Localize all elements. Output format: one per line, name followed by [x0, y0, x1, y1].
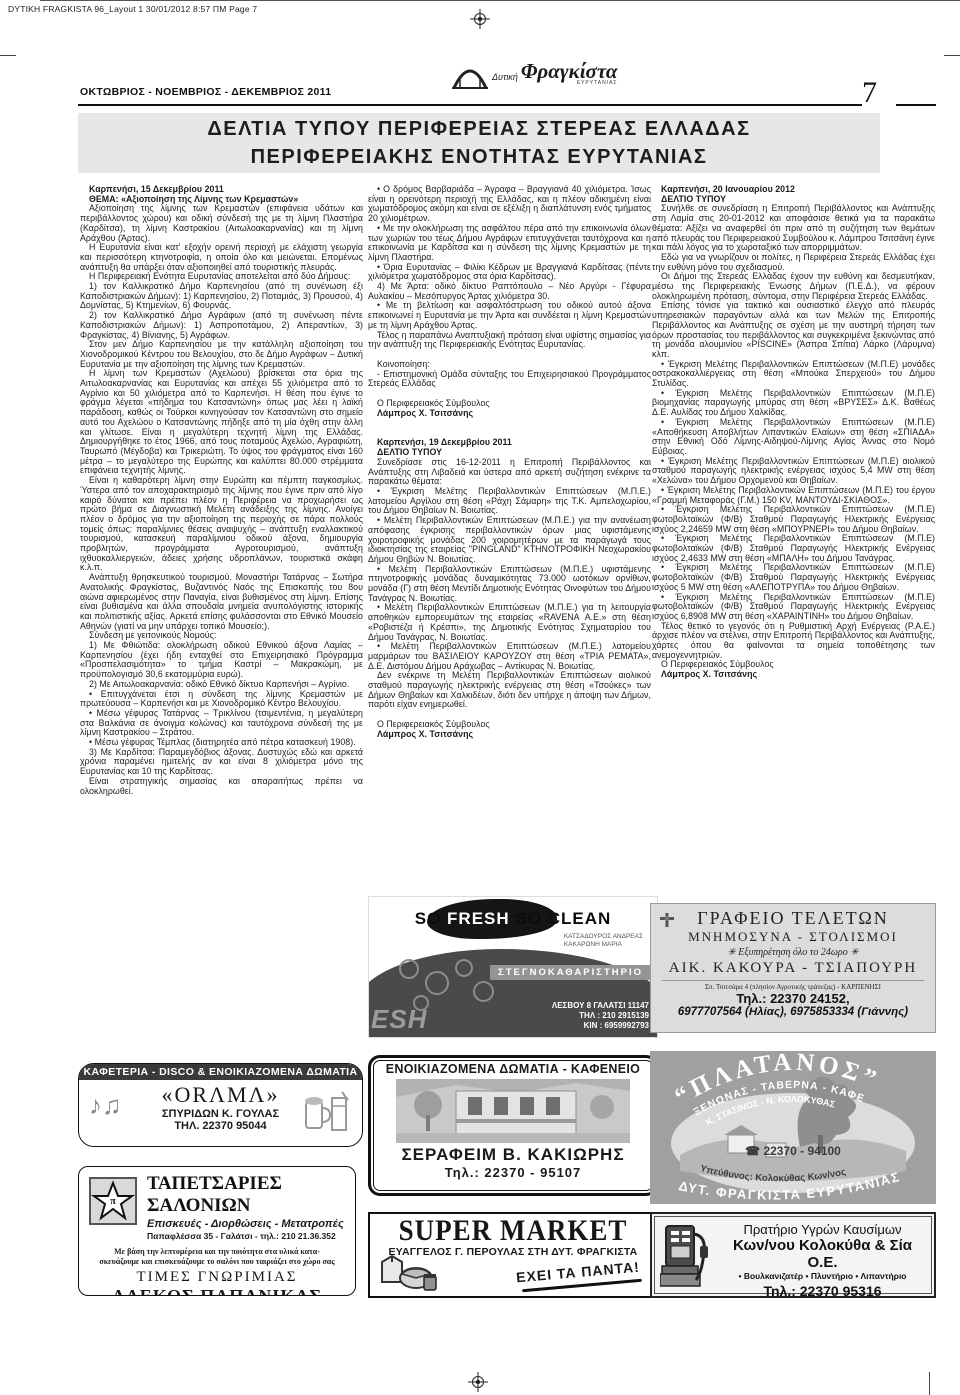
background-word: ESH	[371, 1004, 427, 1035]
paragraph: • Έγκριση Μελέτης Περιβαλλοντικών Επιπτώ…	[652, 457, 935, 486]
banner-line-2: ΠΕΡΙΦΕΡΕΙΑΚΗΣ ΕΝΟΤΗΤΑΣ ΕΥΡΥΤΑΝΙΑΣ	[78, 143, 880, 171]
groceries-icon	[378, 1252, 442, 1294]
paragraph: • Έγκριση Μελέτης Περιβαλλοντικών Επιπτώ…	[368, 487, 651, 516]
paragraph: • Έγκριση Μελέτης Περιβαλλοντικών Επιπτώ…	[652, 418, 935, 457]
upholstery-address: Παπαφλέσσα 35 - Γαλάτσι - τηλ.: 210 21.3…	[147, 1231, 355, 1241]
fuel-phone: Τηλ.: 22370 95316	[720, 1283, 925, 1298]
rooms-phone: Τηλ.: 22370 - 95107	[371, 1165, 655, 1180]
platanos-ad-art: “ΠΛΑΤΑΝΟΣ” ΞΕΝΩΝΑΣ - ΤΑΒΕΡΝΑ - ΚΑΦΕ Κ. Σ…	[650, 1051, 936, 1204]
supermarket-title: SUPER MARKET	[370, 1213, 656, 1247]
owner-name-1: ΚΑΤΣΑΔΟΥΡΟΣ ΑΝΔΡΕΑΣ	[564, 933, 643, 941]
dry-cleaning-label: ΣΤΕΓΝΟΚΑΘΑΡΙΣΤΗΡΙΟ	[490, 965, 651, 980]
signature-name: Λάμπρος Χ. Τσιτσάνης	[652, 670, 935, 680]
article-column-2: • Ο δρόμος Βαρβαριάδα – Άγραφα – Βραγγια…	[368, 185, 651, 945]
paragraph: 4) Με Άρτα: οδικό δίκτυο Ραπτόπουλο – Νέ…	[368, 282, 651, 301]
cafeteria-disco-ad: ΚΑΦΕΤΕΡΙΑ - DISCO & ΕΝΟΙΚΙΑΖΟΜΕΝΑ ΔΩΜΑΤΙ…	[78, 1063, 363, 1147]
paragraph: • Έγκριση Μελέτης Περιβαλλοντικών Επιπτώ…	[652, 593, 935, 622]
paragraph: Αξιοποίηση της λίμνης των Κρεμαστών (επι…	[80, 204, 363, 243]
paragraph: • Έγκριση Μελέτης Περιβαλλοντικών Επιπτώ…	[652, 360, 935, 389]
funeral-services: ΜΝΗΜΟΣΥΝΑ - ΣΤΟΛΙΣΜΟΙ	[651, 929, 935, 945]
fuel-services: • Βουλκανιζατέρ • Πλυντήριο • Λιπαντήριο	[720, 1271, 925, 1281]
paragraph: • Με τη βελτίωση και ασφαλτόστρωση του ο…	[368, 301, 651, 330]
music-notes-icon: ♪♫	[89, 1090, 122, 1121]
bubble-icon	[455, 959, 473, 977]
owner-names: ΚΑΤΣΑΔΟΥΡΟΣ ΑΝΔΡΕΑΣ ΚΑΚΑΡΩΝΗ ΜΑΡΙΑ	[564, 933, 643, 949]
paragraph: Συνεδρίασε στις 16-12-2011 η Επιτροπή Πε…	[368, 458, 651, 487]
paragraph: • Έγκριση Μελέτης Περιβαλλοντικών Επιπτώ…	[652, 389, 935, 418]
article-column-3: Καρπενήσι, 20 Ιανουαρίου 2012 ΔΕΛΤΙΟ ΤΥΠ…	[652, 185, 935, 937]
paragraph: Συνήλθε σε συνεδρίαση η Επιτροπή Περιβάλ…	[652, 204, 935, 253]
paragraph: • Μελέτη Περιβαλλοντικών Επιπτώσεων (Μ.Π…	[368, 603, 651, 642]
paragraph: • Μελέτη Περιβαλλοντικών Επιπτώσεων (Μ.Π…	[368, 642, 651, 671]
paragraph: Ανάπτυξη θρησκευτικού τουρισμού. Μοναστή…	[80, 573, 363, 631]
paragraph: • Έγκριση Μελέτης Περιβαλλοντικών Επιπτώ…	[652, 563, 935, 592]
paragraph: • Μελέτη Περιβαλλοντικών Επιπτώσεων (Μ.Π…	[368, 565, 651, 604]
dry-cleaner-contact: ΛΕΣΒΟΥ 8 ΓΑΛΑΤΣΙ 11147 ΤΗΛ : 210 2915139…	[552, 1001, 649, 1031]
paragraph: Τέλος η παραπάνω Αναπτυξιακή πρόταση είν…	[368, 331, 651, 350]
article-column-1: Καρπενήσι, 15 Δεκεμβρίου 2011 ΘΕΜΑ: «Αξι…	[80, 185, 363, 1027]
paragraph: 2) τον Καλλικρατικό Δήμο Αγράφων (από τη…	[80, 311, 363, 340]
signature-name: Λάμπρος Χ. Τσιτσάνης	[368, 409, 651, 419]
paragraph: • Μελέτη Περιβαλλοντικών Επιπτώσεων (Μ.Π…	[368, 516, 651, 565]
funeral-ornament-icon	[659, 912, 675, 928]
svg-text:π: π	[110, 1196, 116, 1207]
fuel-title: Πρατήριο Υγρών Καυσίμων	[720, 1222, 925, 1237]
upholstery-title: ΤΑΠΕΤΣΑΡΙΕΣ ΣΑΛΟΝΙΩΝ	[147, 1173, 355, 1217]
bridge-logo-icon	[452, 52, 488, 92]
platanos-phone: ☎ 22370 - 94100	[745, 1144, 841, 1158]
crop-mark-left	[0, 55, 16, 56]
tagline-line-2: σκευάζουμε και επισκευάζουμε το σαλόνι π…	[79, 1257, 355, 1267]
funeral-home-ad: ΓΡΑΦΕΙΟ ΤΕΛΕΤΩΝ ΜΝΗΜΟΣΥΝΑ - ΣΤΟΛΙΣΜΟΙ ✳ …	[650, 903, 936, 1033]
paragraph: • Έγκριση Μελέτης Περιβαλλοντικών Επιπτώ…	[652, 534, 935, 563]
header-rule-right	[896, 104, 936, 106]
funeral-phone: Τηλ.: 22370 24152,	[651, 991, 935, 1006]
paragraph: • Έγκριση Μελέτης Περιβαλλοντικών Επιπτώ…	[652, 505, 935, 534]
paragraph: Τέλος θετικό το γεγονός ότι η Ρυθμιστική…	[652, 622, 935, 661]
fuel-company: Κων/νου Κολοκύθα & Σία Ο.Ε.	[720, 1237, 925, 1271]
page-top-edge	[40, 0, 960, 1]
logo-prefix: Δυτική	[492, 72, 518, 82]
title-fresh: FRESH	[447, 909, 510, 928]
funeral-address: Σπ. Τσιτσάρα 4 (πλησίον Αγροτικής τράπεζ…	[651, 983, 935, 991]
funeral-mobiles: 6977707564 (Ηλίας), 6975853334 (Γιάννης)	[651, 1006, 935, 1018]
paragraph: Είναι η καθαρότερη λίμνη στην Ευρώπη και…	[80, 476, 363, 573]
fuel-pump-icon	[660, 1222, 712, 1290]
registration-mark-top	[470, 9, 490, 29]
star-logo-icon: π	[89, 1177, 137, 1225]
paragraph: • Έγκριση Μελέτης Περιβαλλοντικών Επιπτώ…	[652, 486, 935, 505]
paragraph: Επίσης τόνισε για τακτικό και ουσιαστικό…	[652, 301, 935, 359]
fuel-station-ad: Πρατήριο Υγρών Καυσίμων Κων/νου Κολοκύθα…	[650, 1212, 936, 1298]
paragraph: Η λίμνη των Κρεμαστών (Αχελώου) βρίσκετα…	[80, 369, 363, 476]
crop-mark-right	[944, 55, 960, 56]
upholstery-tagline: Με βάση την λεπτομέρεια και την ποιότητα…	[79, 1247, 355, 1267]
paragraph: Στον μεν Δήμο Καρπενησίου με την κατάλλη…	[80, 340, 363, 369]
paragraph: Εδώ για να γνωρίζουν οι πολίτες, η Περιφ…	[652, 253, 935, 272]
owner-name-2: ΚΑΚΑΡΩΝΗ ΜΑΡΙΑ	[564, 941, 643, 949]
upholstery-owner: ΑΛΕΚΟΣ ΠΑΠΑΝΙΚΑΣ	[79, 1286, 355, 1296]
funeral-owner: ΑΙΚ. ΚΑΚΟΥΡΑ - ΤΣΙΑΠΟΥΡΗ	[651, 960, 935, 977]
phone-line: ΤΗΛ : 210 2915139	[552, 1011, 649, 1021]
divider	[662, 980, 923, 981]
paragraph: 3) Με Καρδίτσα: Παραμεγδόβιος άξονας. Δυ…	[80, 748, 363, 777]
funeral-title: ΓΡΑΦΕΙΟ ΤΕΛΕΤΩΝ	[651, 908, 935, 929]
issue-date-line: ΟΚΤΩΒΡΙΟΣ - ΝΟΕΜΒΡΙΟΣ - ΔΕΚΕΜΒΡΙΟΣ 2011	[80, 86, 331, 98]
paragraph: Η Ευρυτανία είναι κατ' εξοχήν ορεινή περ…	[80, 243, 363, 272]
rooms-kafeneio-ad: ΕΝΟΙΚΙΑΖΟΜΕΝΑ ΔΩΜΑΤΙΑ - ΚΑΦΕΝΕΙΟ ΣΕΡΑΦΕΙ…	[368, 1055, 658, 1196]
paragraph: 1) τον Καλλικρατικό Δήμο Καρπενησίου (απ…	[80, 282, 363, 311]
paragraph: • Μέσω γέφυρας Τατάρνας – Τρικλίνου (τσι…	[80, 709, 363, 738]
page-number: 7	[862, 76, 877, 110]
tagline-line-1: Με βάση την λεπτομέρεια και την ποιότητα…	[79, 1247, 355, 1257]
address-line: ΛΕΣΒΟΥ 8 ΓΑΛΑΤΣΙ 11147	[552, 1001, 649, 1011]
paragraph: • Ο δρόμος Βαρβαριάδα – Άγραφα – Βραγγια…	[368, 185, 651, 224]
paragraph: Είναι στρατηγικής σημασίας και απαραιτήτ…	[80, 777, 363, 796]
upholstery-ad: π ΤΑΠΕΤΣΑΡΙΕΣ ΣΑΛΟΝΙΩΝ Επισκευές - Διορθ…	[78, 1166, 356, 1296]
paragraph: • Όρια Ευρυτανίας – Φιλίκι Κέδρων με Βρα…	[368, 263, 651, 282]
paragraph: • Επιτυγχάνεται έτσι η σύνδεση της λίμνη…	[80, 690, 363, 709]
newspaper-page: DYTIKH FRAGKISTA 96_Layout 1 30/01/2012 …	[0, 0, 960, 1395]
bubble-icon	[399, 959, 419, 979]
rooms-owner: ΣΕΡΑΦΕΙΜ Β. ΚΑΚΙΩΡΗΣ	[371, 1145, 655, 1165]
rooms-header: ΕΝΟΙΚΙΑΖΟΜΕΝΑ ΔΩΜΑΤΙΑ - ΚΑΦΕΝΕΙΟ	[371, 1062, 655, 1076]
title-so-clean: SO CLEAN	[515, 909, 611, 928]
paragraph: Δεν ενέκρινε τη Μελέτη Περιβαλλοντικών Ε…	[368, 671, 651, 710]
logo-name: Φραγκίστα	[521, 60, 618, 82]
upholstery-services: Επισκευές - Διορθώσεις - Μετατροπές	[147, 1218, 355, 1230]
signature-name: Λάμπρος Χ. Τσιτσάνης	[368, 730, 651, 740]
registration-mark-bottom	[468, 1372, 488, 1392]
beer-mugs-icon	[302, 1090, 354, 1136]
print-slug: DYTIKH FRAGKISTA 96_Layout 1 30/01/2012 …	[8, 4, 257, 14]
banner-line-1: ΔΕΛΤΙΑ ΤΥΠΟΥ ΠΕΡΙΦΕΡΕΙΑΣ ΣΤΕΡΕΑΣ ΕΛΛΑΔΑΣ	[78, 115, 880, 143]
upholstery-promo: ΤΙΜΕΣ ΓΝΩΡΙΜΙΑΣ	[79, 1269, 355, 1286]
crop-mark-bottom-right	[929, 1372, 930, 1395]
dry-cleaner-ad: SO FRESH SO CLEAN ΚΑΤΣΑΔΟΥΡΟΣ ΑΝΔΡΕΑΣ ΚΑ…	[368, 896, 658, 1038]
cafeteria-header: ΚΑΦΕΤΕΡΙΑ - DISCO & ΕΝΟΙΚΙΑΖΟΜΕΝΑ ΔΩΜΑΤΙ…	[79, 1064, 362, 1080]
paragraph: Οι Δήμοι της Στερεάς Ελλάδας έχουν την ε…	[652, 272, 935, 301]
paragraph: - Επιστημονική Ομάδα σύνταξης του Επιχει…	[368, 370, 651, 389]
platanos-taverna-ad: “ΠΛΑΤΑΝΟΣ” ΞΕΝΩΝΑΣ - ΤΑΒΕΡΝΑ - ΚΑΦΕ Κ. Σ…	[650, 1051, 936, 1204]
newspaper-logo: Δυτική Φραγκίστα ΕΥΡΥΤΑΝΙΑΣ	[452, 52, 618, 92]
dry-cleaner-title: SO FRESH SO CLEAN	[369, 909, 657, 929]
funeral-24h: ✳ Εξυπηρέτηση όλο το 24ωρο ✳	[651, 947, 935, 958]
building-photo	[396, 1079, 630, 1143]
supermarket-ad: SUPER MARKET ΕΥΑΓΓΕΛΟΣ Γ. ΠΕΡΟΥΛΑΣ ΣΤΗ Δ…	[368, 1212, 658, 1298]
paragraph: 1) Με Φθιώτιδα: ολοκλήρωση οδικού Εθνικο…	[80, 641, 363, 680]
mobile-line: ΚΙΝ : 6959992793	[552, 1021, 649, 1031]
title-so: SO	[415, 909, 442, 928]
bubble-icon	[473, 981, 494, 1002]
bubble-icon	[425, 971, 449, 995]
paragraph: • Με την ολοκλήρωση της ασφάλτου πέρα απ…	[368, 224, 651, 263]
header-rule	[78, 104, 862, 106]
press-release-banner: ΔΕΛΤΙΑ ΤΥΠΟΥ ΠΕΡΙΦΕΡΕΙΑΣ ΣΤΕΡΕΑΣ ΕΛΛΑΔΑΣ…	[78, 113, 880, 173]
